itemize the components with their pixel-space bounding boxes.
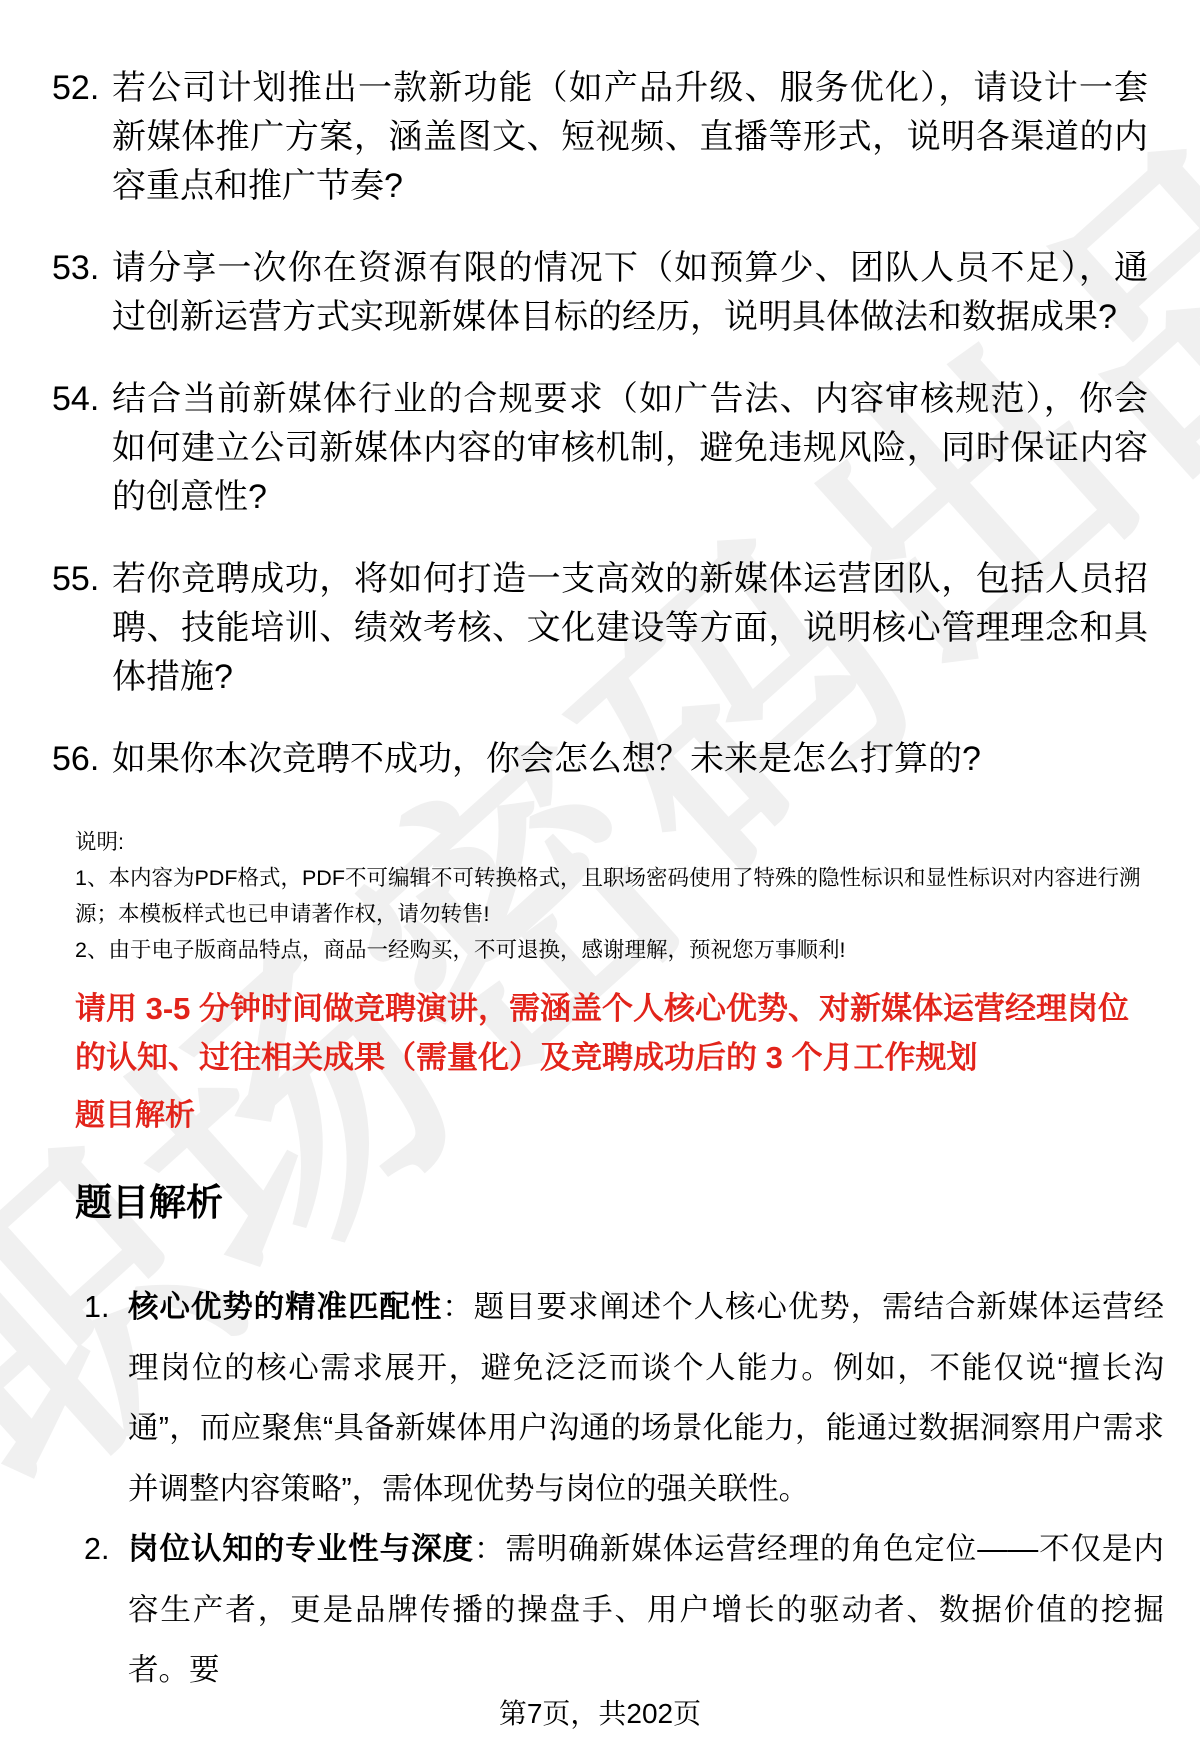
analysis-item-number: 2. (84, 1519, 109, 1580)
page-footer: 第7页，共202页 (0, 1692, 1200, 1732)
analysis-red-heading: 题目解析 (75, 1097, 1200, 1134)
question-text: 结合当前新媒体行业的合规要求（如广告法、内容审核规范），你会如何建立公司新媒体内… (112, 380, 1148, 516)
question-number: 56. (52, 735, 99, 784)
question-text: 请分享一次你在资源有限的情况下（如预算少、团队人员不足），通过创新运营方式实现新… (112, 249, 1148, 336)
question-number: 53. (52, 244, 99, 293)
question-number: 55. (52, 555, 99, 604)
question-number: 54. (52, 375, 99, 424)
notice-line-2: 2、由于电子版商品特点，商品一经购买，不可退换，感谢理解，预祝您万事顺利! (75, 932, 1142, 968)
question-item-53: 53. 请分享一次你在资源有限的情况下（如预算少、团队人员不足），通过创新运营方… (0, 244, 1200, 342)
analysis-list: 1.核心优势的精准匹配性：题目要求阐述个人核心优势，需结合新媒体运营经理岗位的核… (0, 1277, 1200, 1701)
question-text: 如果你本次竞聘不成功，你会怎么想？未来是怎么打算的? (112, 740, 981, 778)
notice-title: 说明: (75, 824, 1142, 860)
question-number: 52. (52, 64, 99, 113)
analysis-heading: 题目解析 (75, 1180, 1200, 1225)
analysis-item-1: 1.核心优势的精准匹配性：题目要求阐述个人核心优势，需结合新媒体运营经理岗位的核… (0, 1277, 1200, 1519)
analysis-item-label: 核心优势的精准匹配性 (128, 1290, 442, 1324)
question-item-56: 56. 如果你本次竞聘不成功，你会怎么想？未来是怎么打算的? (0, 735, 1200, 784)
notice-line-1: 1、本内容为PDF格式，PDF不可编辑不可转换格式，且职场密码使用了特殊的隐性标… (75, 860, 1142, 932)
analysis-item-2: 2.岗位认知的专业性与深度：需明确新媒体运营经理的角色定位——不仅是内容生产者，… (0, 1519, 1200, 1701)
document-page: 职场密码出品 52. 若公司计划推出一款新功能（如产品升级、服务优化），请设计一… (0, 0, 1200, 1755)
notice-section: 说明: 1、本内容为PDF格式，PDF不可编辑不可转换格式，且职场密码使用了特殊… (75, 824, 1142, 968)
question-item-52: 52. 若公司计划推出一款新功能（如产品升级、服务优化），请设计一套新媒体推广方… (0, 64, 1200, 211)
question-item-54: 54. 结合当前新媒体行业的合规要求（如广告法、内容审核规范），你会如何建立公司… (0, 375, 1200, 522)
analysis-item-label: 岗位认知的专业性与深度 (128, 1532, 474, 1566)
analysis-item-number: 1. (84, 1277, 109, 1338)
question-text: 若你竞聘成功，将如何打造一支高效的新媒体运营团队，包括人员招聘、技能培训、绩效考… (112, 560, 1148, 696)
speech-requirement-note: 请用 3-5 分钟时间做竞聘演讲，需涵盖个人核心优势、对新媒体运营经理岗位的认知… (75, 984, 1152, 1082)
question-item-55: 55. 若你竞聘成功，将如何打造一支高效的新媒体运营团队，包括人员招聘、技能培训… (0, 555, 1200, 702)
question-text: 若公司计划推出一款新功能（如产品升级、服务优化），请设计一套新媒体推广方案，涵盖… (112, 69, 1148, 205)
page-content: 52. 若公司计划推出一款新功能（如产品升级、服务优化），请设计一套新媒体推广方… (0, 0, 1200, 1701)
